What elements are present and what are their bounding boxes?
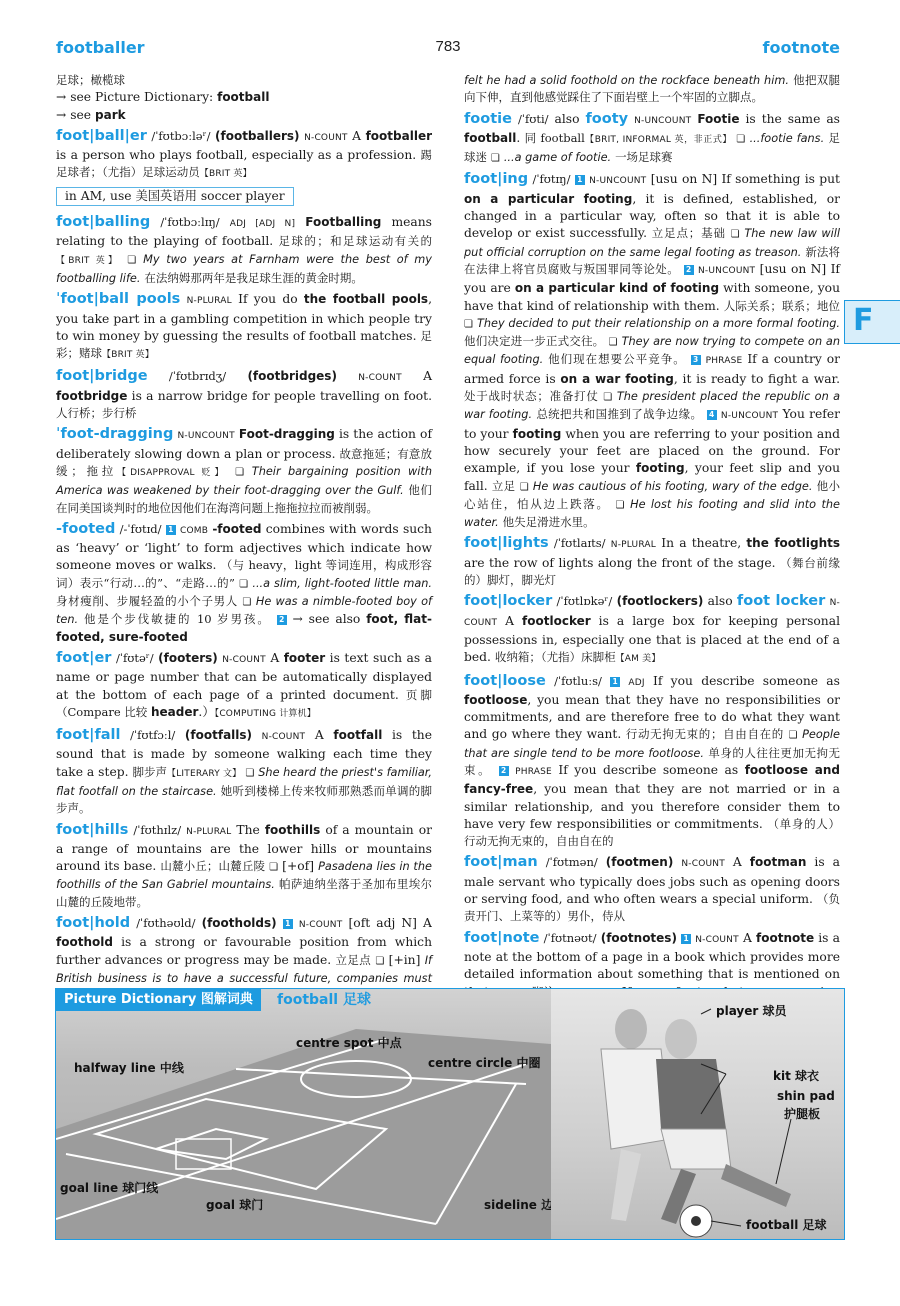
definition-keyword: footballer	[366, 129, 432, 143]
picture-dictionary-subject: football 足球	[271, 989, 377, 1011]
usage-label: 【LITERARY 文】	[167, 769, 241, 779]
usage-label: 【COMPUTING 计算机】	[215, 709, 316, 719]
definition-text: The	[236, 823, 264, 837]
usage-label: 【BRIT 英】	[200, 169, 252, 179]
entry-foothold-continued: felt he had a solid foothold on the rock…	[464, 72, 840, 107]
translation: 脚步声	[132, 765, 167, 779]
entry-footfall: foot|fall /ˈfʊtfɔːl/ (footfalls) N-COUNT…	[56, 727, 432, 817]
pronunciation: /ˈfʊti/	[518, 112, 549, 126]
picture-dictionary-title: Picture Dictionary 图解词典	[56, 989, 261, 1011]
headword: foot|bridge	[56, 368, 148, 384]
translation: 处于战时状态；准备打仗	[464, 389, 599, 403]
entry-footloose: foot|loose /ˈfʊtluːs/ 1 ADJ If you descr…	[464, 673, 840, 851]
sense-number-badge: 2	[684, 265, 694, 275]
grammar-pattern: [usu on N]	[760, 262, 827, 276]
thumb-tab-letter: F	[853, 303, 874, 338]
grammar-label: N-COUNT	[358, 373, 402, 383]
page-number: 783	[56, 38, 840, 55]
translation: 立足点	[335, 953, 371, 967]
example-bullet-icon: ❏	[736, 134, 745, 145]
definition-text: A	[739, 931, 756, 945]
cross-reference[interactable]: → see Picture Dictionary: football	[56, 89, 432, 106]
variant-headword: foot locker	[737, 593, 825, 609]
usage-label: 【BRIT, INFORMAL 英，非正式】	[585, 135, 732, 145]
headword: foot|er	[56, 650, 111, 666]
xref-link[interactable]: football	[217, 90, 269, 104]
grammar-label: ADJ [ADJ n]	[230, 219, 295, 229]
pronunciation: /ˈfʊtluːs/	[554, 674, 602, 688]
thumb-index-tab-f[interactable]: F	[844, 300, 900, 344]
example-sentence: felt he had a solid foothold on the rock…	[464, 74, 789, 87]
entry-footlights: foot|lights /ˈfʊtlaɪts/ N-PLURAL In a th…	[464, 535, 840, 589]
sense-number-badge: 4	[707, 410, 717, 420]
translation: 同 football	[525, 131, 585, 145]
definition-keyword: Foot-dragging	[239, 427, 335, 441]
plural-form: (footlockers)	[617, 594, 704, 608]
grammar-label: ADJ	[628, 678, 644, 688]
definition-keyword: footer	[284, 651, 326, 665]
grammar-pattern: [usu on N]	[651, 172, 717, 186]
grammar-label: COMB	[180, 526, 208, 536]
sense-number-badge: 1	[283, 919, 293, 929]
definition-keyword: -footed	[212, 522, 261, 536]
definition-text: are the row of lights along the front of…	[464, 556, 780, 570]
entry-football-pools: ˈfoot|ball pools N-PLURAL If you do the …	[56, 291, 432, 364]
definition-text: is a person who plays football, especial…	[56, 148, 421, 162]
usage-label: 【BRIT 英】	[56, 256, 120, 266]
definition-text: If you describe someone as	[645, 674, 840, 688]
variant-headword: footy	[585, 111, 628, 127]
definition-keyword: footfall	[333, 728, 382, 742]
definition-keyword: footing	[513, 427, 562, 441]
pronunciation: /ˈfʊtnəʊt/	[544, 931, 597, 945]
plural-form: (footballers)	[215, 129, 300, 143]
example-sentence: ...footie fans.	[750, 132, 825, 145]
usage-label: 【BRIT 英】	[102, 350, 154, 360]
example-translation: 他失足滑进水里。	[503, 515, 595, 529]
example-bullet-icon: ❏	[731, 229, 740, 240]
example-bullet-icon: ❏	[269, 862, 278, 873]
definition-text: A	[417, 916, 432, 930]
definition-text: If something is put	[717, 172, 840, 186]
entry-footlocker: foot|locker /ˈfʊtlɒkəʳ/ (footlockers) al…	[464, 593, 840, 668]
picture-dictionary-panel: halfway line 中线 centre spot 中点 centre ci…	[55, 988, 845, 1240]
xref-link[interactable]: park	[95, 108, 126, 122]
example-sentence: ...a slim, light-footed little man.	[252, 577, 432, 590]
xref-prefix: → see	[56, 108, 95, 122]
sense-number-badge: 1	[575, 175, 585, 185]
cross-reference[interactable]: → see park	[56, 107, 432, 124]
headword: foot|ball|er	[56, 128, 147, 144]
definition-keyword: footbridge	[56, 389, 127, 403]
definition-keyword: the football pools	[304, 292, 428, 306]
page-header: footballer 783 footnote	[56, 38, 840, 64]
grammar-label: N-COUNT	[222, 655, 266, 665]
translation: 收纳箱；（尤指）床脚柜	[495, 650, 616, 664]
headword: foot|note	[464, 930, 540, 946]
definition-keyword: on a war footing	[560, 372, 674, 386]
translation: 立足	[492, 479, 516, 493]
pitch-lines-graphic	[56, 989, 551, 1239]
grammar-label: N-UNCOUNT	[721, 411, 778, 421]
example-bullet-icon: ❏	[235, 467, 244, 478]
headword: foot|hills	[56, 822, 128, 838]
entry-footie: footie /ˈfʊti/ also footy N-UNCOUNT Foot…	[464, 111, 840, 168]
sense-number-badge: 1	[681, 934, 691, 944]
pronunciation: /-ˈfʊtɪd/	[120, 522, 162, 536]
translation: 立足点；基础	[652, 226, 726, 240]
headword: -footed	[56, 521, 115, 537]
headword: foot|locker	[464, 593, 552, 609]
example-sentence: They decided to put their relationship o…	[477, 317, 840, 330]
xref-prefix: → see also	[293, 612, 367, 626]
pronunciation: /ˈfʊtbɔːlɪŋ/	[160, 215, 219, 229]
headword: foot|loose	[464, 673, 546, 689]
headword: foot|ing	[464, 171, 528, 187]
pronunciation: /ˈfʊtlɒkəʳ/	[557, 594, 613, 608]
headword: foot|lights	[464, 535, 549, 551]
label-kit: kit 球衣	[773, 1067, 819, 1084]
example-translation: 他们现在想要公平竞争。	[548, 352, 686, 366]
entry-footman: foot|man /ˈfʊtmən/ (footmen) N-COUNT A f…	[464, 854, 840, 925]
sense-number-badge: 1	[610, 677, 620, 687]
label-centre-circle: centre circle 中圈	[428, 1054, 540, 1071]
definition-text: , it is ready to fight a war.	[674, 372, 840, 386]
entry-footbridge: foot|bridge /ˈfʊtbrɪdʒ/ (footbridges) N-…	[56, 368, 432, 422]
definition-text: A	[725, 855, 750, 869]
example-translation: 总统把共和国推到了战争边缘。	[536, 407, 702, 421]
translation: 足球；橄榄球	[56, 72, 432, 89]
left-column: 足球；橄榄球 → see Picture Dictionary: footbal…	[56, 72, 432, 1081]
usage-label: 【DISAPPROVAL 贬】	[117, 468, 227, 478]
grammar-label: N-UNCOUNT	[177, 431, 234, 441]
example-translation: 他是个步伐敏捷的 10 岁男孩。	[84, 612, 271, 626]
headword: foot|fall	[56, 727, 121, 743]
also-label: also	[549, 112, 586, 126]
example-bullet-icon: ❏	[603, 392, 612, 403]
label-halfway-line: halfway line 中线	[74, 1059, 184, 1076]
example-bullet-icon: ❏	[464, 319, 473, 330]
definition-keyword: the footlights	[746, 536, 840, 550]
headword: footie	[464, 111, 512, 127]
entry-football-continued: 足球；橄榄球 → see Picture Dictionary: footbal…	[56, 72, 432, 124]
label-goal: goal 球门	[206, 1196, 263, 1213]
definition-keyword: on a particular kind of footing	[515, 281, 719, 295]
definition-text: If you describe someone as	[552, 763, 745, 777]
headword: foot|hold	[56, 915, 130, 931]
example-bullet-icon: ❏	[245, 768, 254, 779]
plural-form: (footmen)	[606, 855, 674, 869]
definition-keyword: footman	[750, 855, 807, 869]
pronunciation: /ˈfʊtlaɪts/	[554, 536, 606, 550]
example-bullet-icon: ❏	[239, 579, 248, 590]
label-football: football 足球	[746, 1216, 827, 1233]
definition-keyword: footlocker	[522, 614, 591, 628]
label-shin-pad-zh: 护腿板	[784, 1105, 820, 1122]
definition-text: A	[423, 369, 432, 383]
usage-label: 【AM 美】	[616, 654, 661, 664]
label-shin-pad: shin pad	[777, 1089, 835, 1103]
definition-text: A	[352, 129, 365, 143]
example-bullet-icon: ❏	[491, 153, 500, 164]
entry-foot-dragging: ˈfoot-dragging N-UNCOUNT Foot-dragging i…	[56, 426, 432, 516]
example-sentence: ...a game of footie.	[504, 151, 611, 164]
label-player: player 球员	[716, 1002, 787, 1019]
pronunciation: /ˈfʊtbɔːləʳ/	[151, 129, 210, 143]
xref-link[interactable]: header	[151, 705, 198, 719]
grammar-pattern: [+in]	[389, 953, 421, 967]
definition-text: is the same as	[740, 112, 840, 126]
pronunciation: /ˈfʊtəʳ/	[116, 651, 154, 665]
label-centre-spot: centre spot 中点	[296, 1034, 402, 1051]
entry-foothills: foot|hills /ˈfʊthɪlz/ N-PLURAL The footh…	[56, 822, 432, 911]
definition-keyword: footloose	[464, 693, 527, 707]
grammar-pattern: [+of]	[282, 859, 314, 873]
pronunciation: /ˈfʊtɪŋ/	[532, 172, 570, 186]
example-bullet-icon: ❏	[242, 597, 251, 608]
definition-keyword: Footballing	[305, 215, 381, 229]
definition-keyword: Footie	[697, 112, 739, 126]
example-translation: 一场足球赛	[615, 150, 673, 164]
example-translation: 身材瘦削、步履轻盈的小个子男人	[56, 594, 238, 608]
entry-footer: foot|er /ˈfʊtəʳ/ (footers) N-COUNT A foo…	[56, 650, 432, 723]
right-guideword: footnote	[763, 38, 840, 57]
grammar-label: N-PLURAL	[611, 540, 656, 550]
definition-keyword: on a particular footing	[464, 192, 632, 206]
grammar-label: PHRASE	[515, 767, 552, 777]
example-bullet-icon: ❏	[615, 500, 624, 511]
translation: 人际关系；联系；地位	[724, 299, 840, 313]
usage-note-box: in AM, use 美国英语用 soccer player	[56, 187, 294, 206]
grammar-label: N-COUNT	[695, 935, 739, 945]
example-sentence: He was cautious of his footing, wary of …	[533, 480, 813, 493]
example-bullet-icon: ❏	[375, 956, 384, 967]
translation: .）	[198, 705, 214, 719]
grammar-label: N-PLURAL	[186, 827, 231, 837]
xref-prefix: → see Picture Dictionary:	[56, 90, 217, 104]
grammar-label: N-COUNT	[304, 133, 348, 143]
football-pitch-illustration: halfway line 中线 centre spot 中点 centre ci…	[56, 989, 551, 1239]
plural-form: (footbridges)	[247, 369, 337, 383]
pronunciation: /ˈfʊtfɔːl/	[130, 728, 175, 742]
grammar-label: N-COUNT	[681, 859, 725, 869]
definition-keyword: foothills	[265, 823, 320, 837]
grammar-label: N-UNCOUNT	[589, 176, 646, 186]
definition-keyword: footnote	[756, 931, 814, 945]
sense-number-badge: 1	[166, 525, 176, 535]
definition-text: In a theatre,	[656, 536, 746, 550]
grammar-label: N-COUNT	[299, 920, 343, 930]
translation: 人行桥；步行桥	[56, 406, 137, 420]
plural-form: (footfalls)	[185, 728, 252, 742]
example-translation: 在法纳姆那两年是我足球生涯的黄金时期。	[144, 271, 363, 285]
translation: 行动无拘无束的；自由自在的	[626, 727, 784, 741]
entry-footed: -footed /-ˈfʊtɪd/ 1 COMB -footed combine…	[56, 521, 432, 646]
grammar-pattern: [oft adj N]	[349, 916, 417, 930]
grammar-label: N-COUNT	[262, 732, 306, 742]
pronunciation: /ˈfʊthəʊld/	[136, 916, 195, 930]
plural-form: (footnotes)	[601, 931, 677, 945]
example-bullet-icon: ❏	[127, 255, 136, 266]
definition-text: A	[270, 651, 283, 665]
definition-text: A	[315, 728, 334, 742]
definition-text: If you do	[238, 292, 304, 306]
example-bullet-icon: ❏	[520, 482, 529, 493]
entry-footing: foot|ing /ˈfʊtɪŋ/ 1 N-UNCOUNT [usu on N]…	[464, 171, 840, 531]
definition-keyword: football	[464, 131, 516, 145]
pronunciation: /ˈfʊtbrɪdʒ/	[169, 369, 226, 383]
grammar-label: N-UNCOUNT	[698, 266, 755, 276]
definition-text: .	[516, 131, 524, 145]
example-bullet-icon: ❏	[789, 730, 798, 741]
sense-number-badge: 2	[499, 766, 509, 776]
entry-footballer: foot|ball|er /ˈfʊtbɔːləʳ/ (footballers) …	[56, 128, 432, 210]
also-label: also	[703, 594, 737, 608]
definition-keyword: footing	[636, 461, 685, 475]
headword: foot|man	[464, 854, 538, 870]
plural-form: (footholds)	[202, 916, 277, 930]
pronunciation: /ˈfʊtmən/	[546, 855, 598, 869]
sense-number-badge: 2	[277, 615, 287, 625]
definition-keyword: foothold	[56, 935, 113, 949]
example-translation: 他们决定进一步正式交往。	[464, 334, 604, 348]
headword: foot|balling	[56, 214, 150, 230]
translation: 山麓小丘；山麓丘陵	[160, 859, 265, 873]
grammar-label: N-UNCOUNT	[634, 116, 691, 126]
players-illustration: player 球员 kit 球衣 shin pad 护腿板 football 足…	[551, 989, 845, 1239]
example-bullet-icon: ❏	[609, 337, 618, 348]
grammar-label: PHRASE	[706, 356, 743, 366]
right-column: felt he had a solid foothold on the rock…	[464, 72, 840, 1094]
headword: ˈfoot-dragging	[56, 426, 173, 442]
pronunciation: /ˈfʊthɪlz/	[133, 823, 181, 837]
definition-text: A	[497, 614, 522, 628]
label-goal-line: goal line 球门线	[60, 1179, 158, 1196]
definition-text: is a narrow bridge for people travelling…	[127, 389, 432, 403]
plural-form: (footers)	[158, 651, 218, 665]
translation: 足球的；和足球运动有关的	[279, 234, 433, 248]
entry-footballing: foot|balling /ˈfʊtbɔːlɪŋ/ ADJ [ADJ n] Fo…	[56, 214, 432, 287]
headword: ˈfoot|ball pools	[56, 291, 180, 307]
grammar-label: N-PLURAL	[187, 296, 232, 306]
sense-number-badge: 3	[691, 355, 701, 365]
